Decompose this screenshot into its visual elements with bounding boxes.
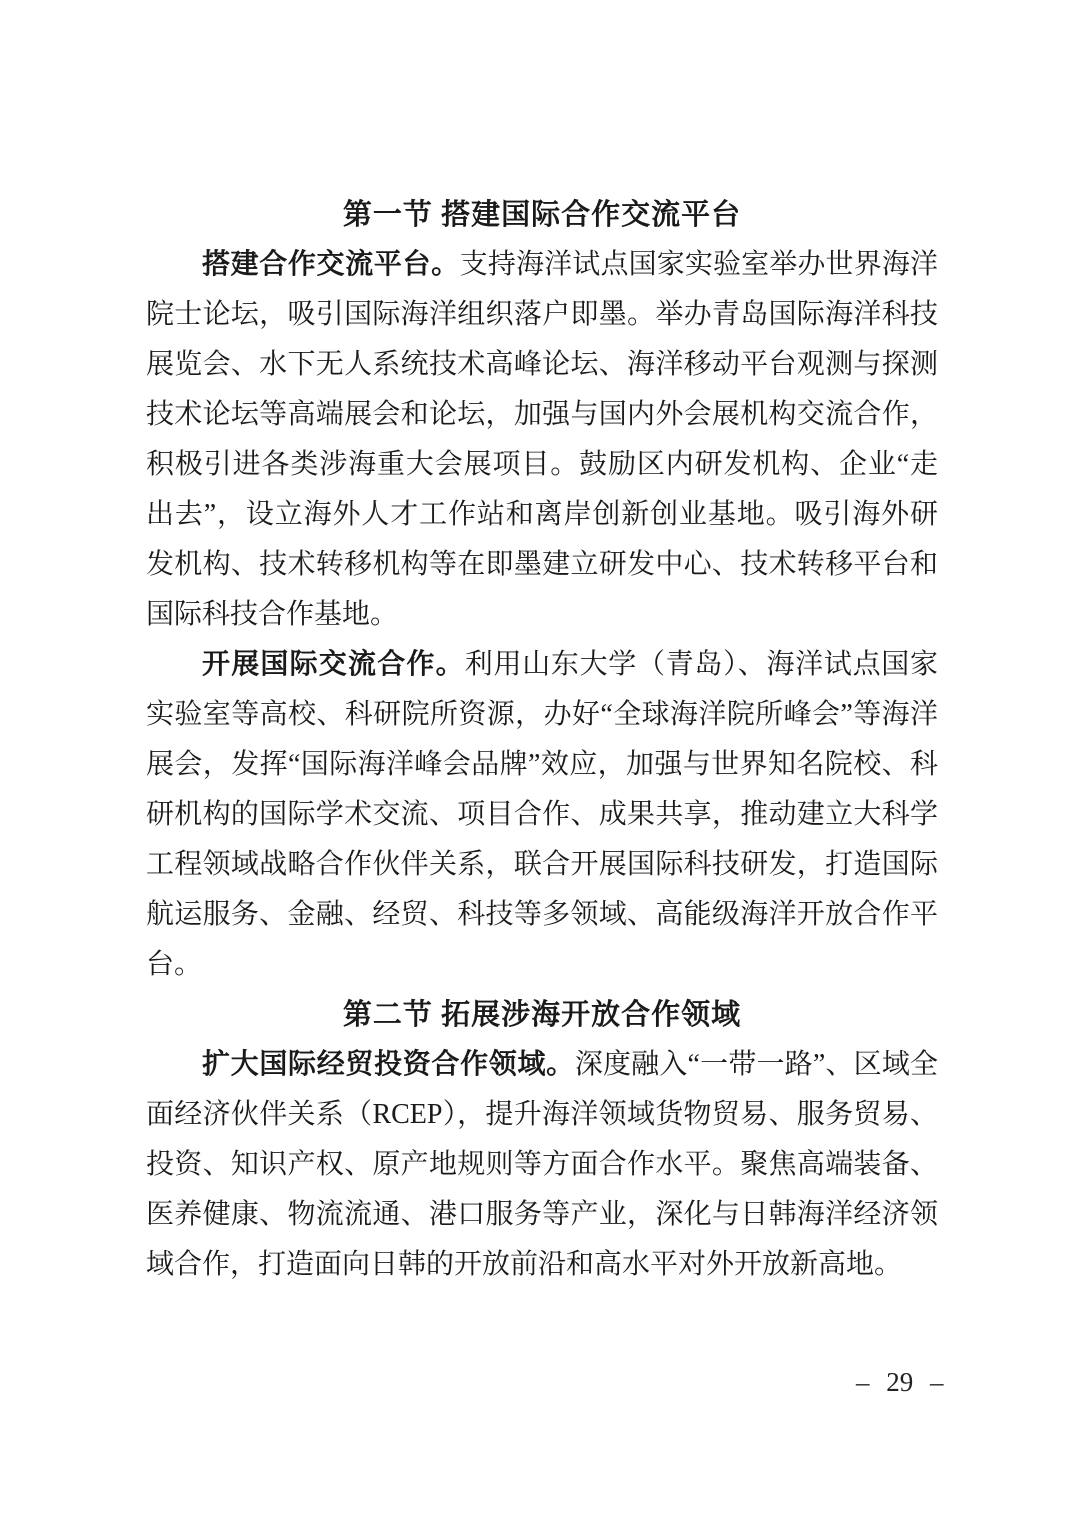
document-content: 第一节 搭建国际合作交流平台 搭建合作交流平台。支持海洋试点国家实验室举办世界海… xyxy=(146,190,938,1290)
section-1-paragraph-1: 搭建合作交流平台。支持海洋试点国家实验室举办世界海洋院士论坛，吸引国际海洋组织落… xyxy=(146,240,938,640)
section-1-paragraph-2: 开展国际交流合作。利用山东大学（青岛）、海洋试点国家实验室等高校、科研院所资源，… xyxy=(146,640,938,990)
paragraph-body: 利用山东大学（青岛）、海洋试点国家实验室等高校、科研院所资源，办好“全球海洋院所… xyxy=(146,649,938,980)
paragraph-body: 深度融入“一带一路”、区域全面经济伙伴关系（RCEP），提升海洋领域货物贸易、服… xyxy=(146,1049,938,1280)
document-page: 第一节 搭建国际合作交流平台 搭建合作交流平台。支持海洋试点国家实验室举办世界海… xyxy=(0,0,1074,1520)
paragraph-body: 支持海洋试点国家实验室举办世界海洋院士论坛，吸引国际海洋组织落户即墨。举办青岛国… xyxy=(146,249,938,630)
paragraph-lead: 开展国际交流合作。 xyxy=(202,649,465,680)
paragraph-lead: 搭建合作交流平台。 xyxy=(202,249,460,280)
page-number: – 29 – xyxy=(856,1362,944,1402)
paragraph-lead: 扩大国际经贸投资合作领域。 xyxy=(202,1049,575,1080)
section-1-heading: 第一节 搭建国际合作交流平台 xyxy=(146,190,938,240)
section-2-paragraph-1: 扩大国际经贸投资合作领域。深度融入“一带一路”、区域全面经济伙伴关系（RCEP）… xyxy=(146,1040,938,1290)
section-2-heading: 第二节 拓展涉海开放合作领域 xyxy=(146,990,938,1040)
